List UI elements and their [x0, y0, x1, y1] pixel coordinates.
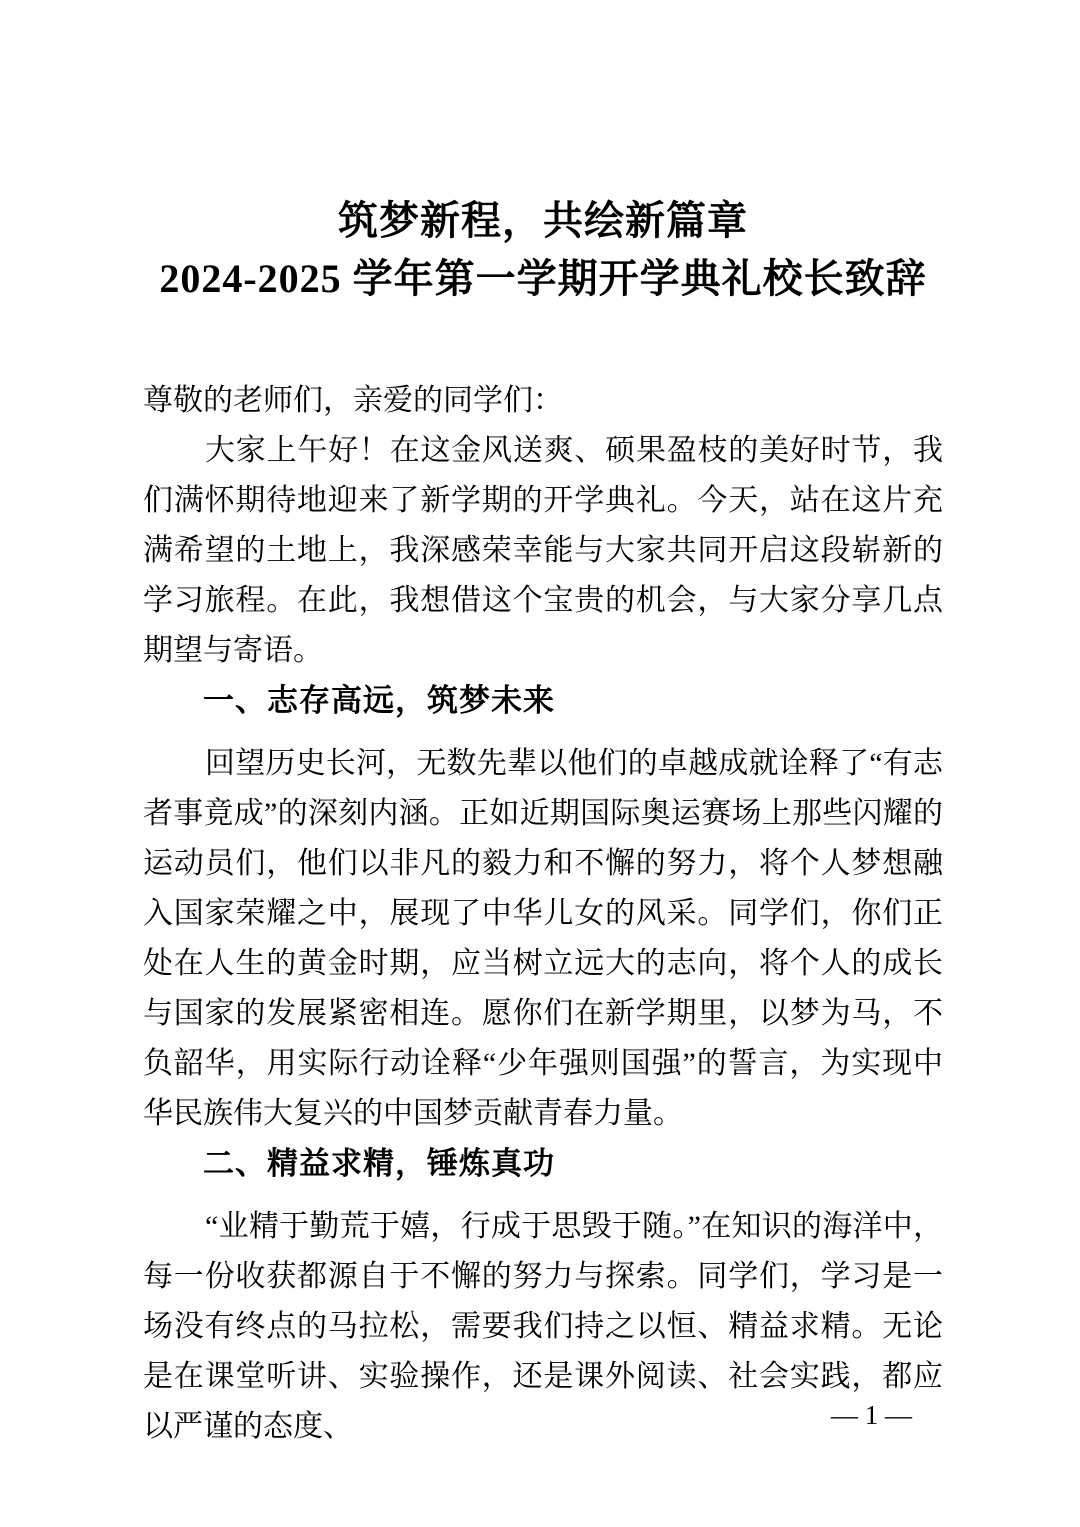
document-content: 筑梦新程，共绘新篇章 2024-2025 学年第一学期开学典礼校长致辞 尊敬的老…: [143, 0, 943, 1452]
section-2-paragraph: “业精于勤荒于嬉，行成于思毁于随。”在知识的海洋中，每一份收获都源自于不懈的努力…: [143, 1202, 943, 1452]
opening-paragraph: 大家上午好！在这金风送爽、硕果盈枝的美好时节，我们满怀期待地迎来了新学期的开学典…: [143, 426, 943, 676]
document-title-line1: 筑梦新程，共绘新篇章: [143, 192, 943, 250]
section-heading-2: 二、精益求精，锤炼真功: [143, 1139, 943, 1189]
section-heading-1: 一、志存高远，筑梦未来: [143, 676, 943, 726]
section-1-paragraph: 回望历史长河，无数先辈以他们的卓越成就诠释了“有志者事竟成”的深刻内涵。正如近期…: [143, 739, 943, 1139]
document-title-line2: 2024-2025 学年第一学期开学典礼校长致辞: [143, 250, 943, 308]
salutation-line: 尊敬的老师们，亲爱的同学们：: [143, 376, 943, 426]
page-number: — 1 —: [831, 1398, 912, 1432]
document-page: 筑梦新程，共绘新篇章 2024-2025 学年第一学期开学典礼校长致辞 尊敬的老…: [0, 0, 1080, 1527]
